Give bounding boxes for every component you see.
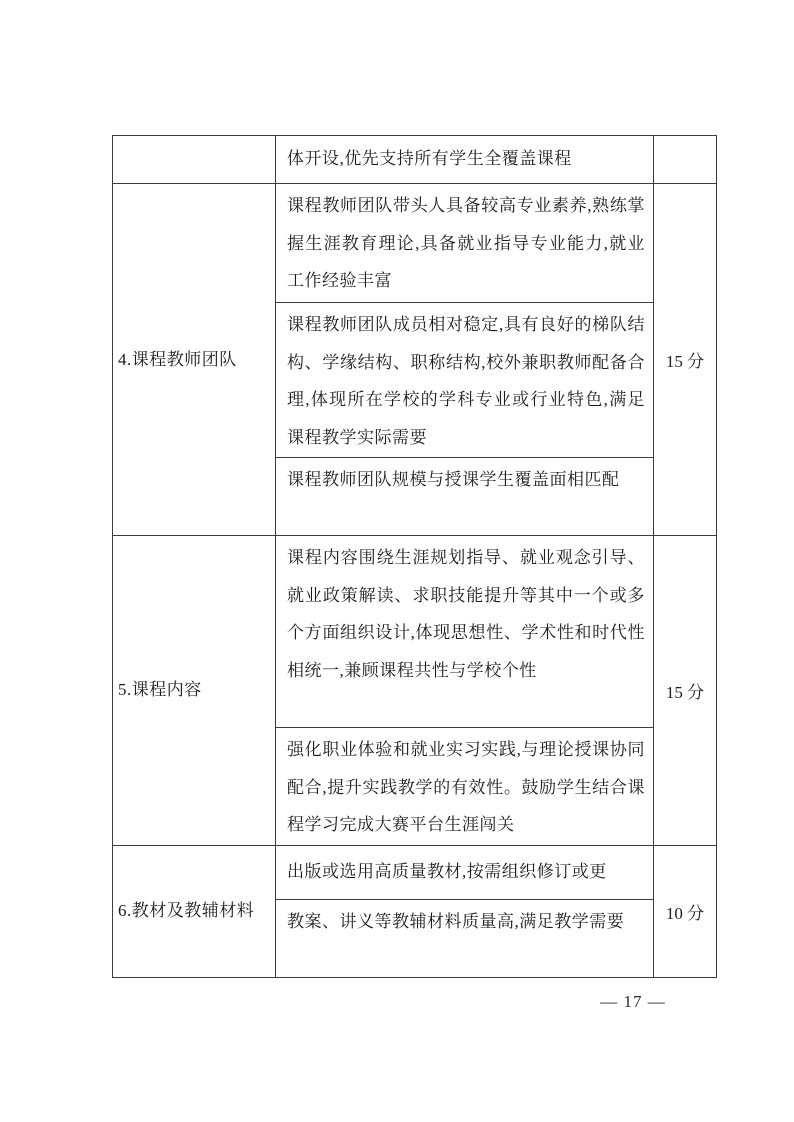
category-cell-course-content: 5.课程内容 xyxy=(113,536,276,846)
page-number: — 17 — xyxy=(588,992,678,1012)
criteria-cell: 出版或选用高质量教材,按需组织修订或更 xyxy=(276,845,654,899)
table-row: 4.课程教师团队 课程教师团队带头人具备较高专业素养,熟练掌握生涯教育理论,具备… xyxy=(113,184,717,303)
criteria-cell: 课程教师团队规模与授课学生覆盖面相匹配 xyxy=(276,458,654,536)
score-cell-teacher-team: 15 分 xyxy=(654,184,717,536)
score-cell-course-content: 15 分 xyxy=(654,536,717,846)
table-row: 6.教材及教辅材料 出版或选用高质量教材,按需组织修订或更 10 分 xyxy=(113,845,717,899)
criteria-cell: 强化职业体验和就业实习实践,与理论授课协同配合,提升实践教学的有效性。鼓励学生结… xyxy=(276,728,654,846)
evaluation-table: 体开设,优先支持所有学生全覆盖课程 4.课程教师团队 课程教师团队带头人具备较高… xyxy=(112,135,717,978)
criteria-cell: 教案、讲义等教辅材料质量高,满足教学需要 xyxy=(276,899,654,977)
category-cell-teaching-materials: 6.教材及教辅材料 xyxy=(113,845,276,977)
category-cell-empty xyxy=(113,136,276,184)
document-page: 体开设,优先支持所有学生全覆盖课程 4.课程教师团队 课程教师团队带头人具备较高… xyxy=(0,0,794,1122)
score-cell-empty xyxy=(654,136,717,184)
score-cell-teaching-materials: 10 分 xyxy=(654,845,717,977)
category-cell-teacher-team: 4.课程教师团队 xyxy=(113,184,276,536)
criteria-cell: 课程内容围绕生涯规划指导、就业观念引导、就业政策解读、求职技能提升等其中一个或多… xyxy=(276,536,654,728)
criteria-cell: 课程教师团队带头人具备较高专业素养,熟练掌握生涯教育理论,具备就业指导专业能力,… xyxy=(276,184,654,303)
table-row: 5.课程内容 课程内容围绕生涯规划指导、就业观念引导、就业政策解读、求职技能提升… xyxy=(113,536,717,728)
table-row: 体开设,优先支持所有学生全覆盖课程 xyxy=(113,136,717,184)
criteria-cell: 课程教师团队成员相对稳定,具有良好的梯队结构、学缘结构、职称结构,校外兼职教师配… xyxy=(276,303,654,458)
criteria-cell-continuation: 体开设,优先支持所有学生全覆盖课程 xyxy=(276,136,654,184)
